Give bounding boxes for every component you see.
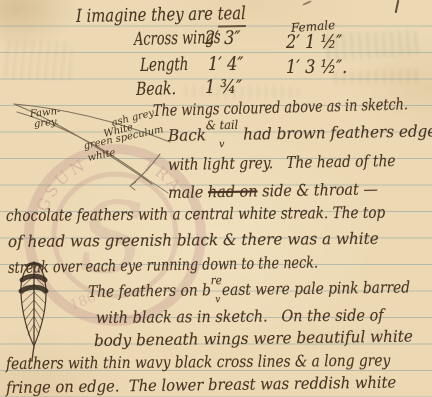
measurement-value-male: 2′ 3″ xyxy=(205,29,240,48)
measurement-value-female: 2′ 1 ½″ xyxy=(286,33,342,52)
title-line: I imagine they are teal xyxy=(76,5,246,26)
measurement-value-female: 1′ 3 ½″. xyxy=(286,58,347,77)
handwritten-line: feathers with thin wavy black cross line… xyxy=(6,353,390,372)
line-text: feathers with thin wavy black cross line… xyxy=(6,351,390,373)
line-text: with black as in sketch. On the side of xyxy=(96,305,384,327)
line-text: The feathers on b xyxy=(88,280,211,301)
struck-text: had on xyxy=(208,181,258,201)
line-text: had brown feathers edged xyxy=(238,121,432,144)
insertion-mark: & tail xyxy=(206,127,239,144)
ink-bleed-mark xyxy=(1,39,72,81)
line-text: chocolate feathers with a central white … xyxy=(6,203,385,225)
line-text: east were pale pink barred xyxy=(222,278,410,300)
line-text: of head was greenish black & there was a… xyxy=(8,229,379,251)
measurement-value-male: 1 ¾″ xyxy=(205,78,242,97)
inserted-text: & tail xyxy=(206,118,239,133)
handwritten-line: with black as in sketch. On the side of xyxy=(96,307,384,326)
measurement-label: Beak. xyxy=(136,80,176,99)
handwritten-line: Back& tail had brown feathers edged xyxy=(168,123,432,144)
line-text: with light grey. The head of the xyxy=(168,151,396,174)
handwritten-line: The feathers on breeast were pale pink b… xyxy=(88,280,410,300)
line-text: Back xyxy=(168,125,206,145)
handwritten-line: of head was greenish black & there was a… xyxy=(8,231,379,250)
notebook-page: GSUN TRA 180 S xyxy=(0,0,432,397)
measurement-value-male: 1′ 4″ xyxy=(208,55,243,74)
handwritten-line: with light grey. The head of the xyxy=(168,153,396,173)
species-word: teal xyxy=(217,3,246,27)
measurement-label: Length xyxy=(140,56,189,75)
handwritten-line: chocolate feathers with a central white … xyxy=(6,205,385,224)
line-text: side & throat — xyxy=(257,179,378,200)
line-text: male xyxy=(168,182,208,202)
handwritten-line: body beneath wings were beautiful white xyxy=(94,329,413,349)
title-text: I imagine they are xyxy=(76,4,218,27)
insertion-mark: re xyxy=(211,282,222,298)
inserted-text: re xyxy=(211,273,222,287)
handwritten-line: male had on side & throat — xyxy=(168,181,378,201)
